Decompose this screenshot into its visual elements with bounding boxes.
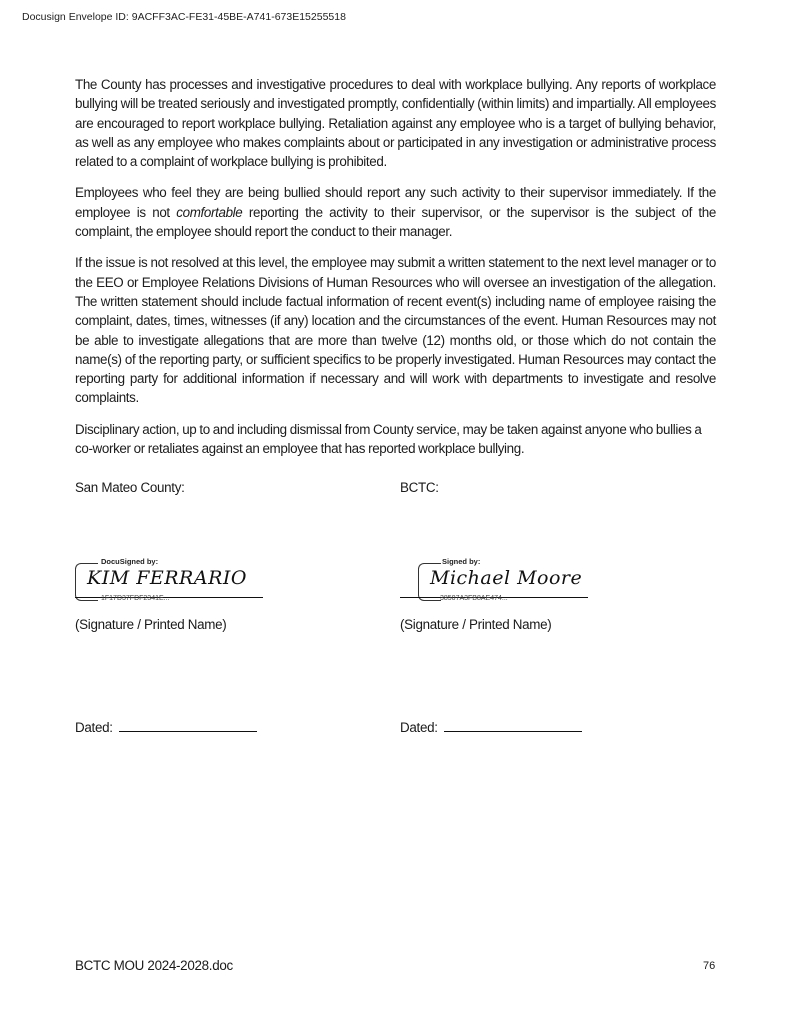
signature-caption: (Signature / Printed Name) bbox=[75, 617, 226, 632]
party-label-county: San Mateo County: bbox=[75, 480, 185, 495]
dated-blank-line bbox=[444, 719, 582, 732]
signature-block-bctc: Signed by: Michael Moore 38507A3FB8AE474… bbox=[400, 555, 588, 603]
dated-field-bctc: Dated: bbox=[400, 719, 582, 735]
emphasis-text: comfortable bbox=[176, 205, 242, 220]
dated-blank-line bbox=[119, 719, 257, 732]
signature-block-county: DocuSigned by: KIM FERRARIO 1F17D37FDF23… bbox=[75, 555, 263, 603]
signature-image: KIM FERRARIO bbox=[87, 567, 247, 589]
signature-image: Michael Moore bbox=[430, 567, 582, 589]
party-label-bctc: BCTC: bbox=[400, 480, 439, 495]
signature-id: 1F17D37FDF2341E... bbox=[101, 595, 169, 602]
dated-field-county: Dated: bbox=[75, 719, 257, 735]
dated-label: Dated: bbox=[400, 720, 438, 735]
paragraph-reporting-procedures: The County has processes and investigati… bbox=[75, 75, 716, 171]
signature-id: 38507A3FB8AE474... bbox=[440, 595, 508, 602]
policy-body: The County has processes and investigati… bbox=[75, 75, 716, 470]
signature-caption: (Signature / Printed Name) bbox=[400, 617, 551, 632]
paragraph-written-statement: If the issue is not resolved at this lev… bbox=[75, 253, 716, 407]
signature-header: DocuSigned by: bbox=[101, 557, 158, 566]
dated-label: Dated: bbox=[75, 720, 113, 735]
paragraph-report-to-supervisor: Employees who feel they are being bullie… bbox=[75, 183, 716, 241]
signature-header: Signed by: bbox=[442, 557, 480, 566]
docusign-envelope-id: Docusign Envelope ID: 9ACFF3AC-FE31-45BE… bbox=[22, 11, 346, 23]
footer-filename: BCTC MOU 2024-2028.doc bbox=[75, 958, 233, 973]
paragraph-disciplinary-action: Disciplinary action, up to and including… bbox=[75, 420, 716, 459]
page-number: 76 bbox=[703, 960, 715, 972]
